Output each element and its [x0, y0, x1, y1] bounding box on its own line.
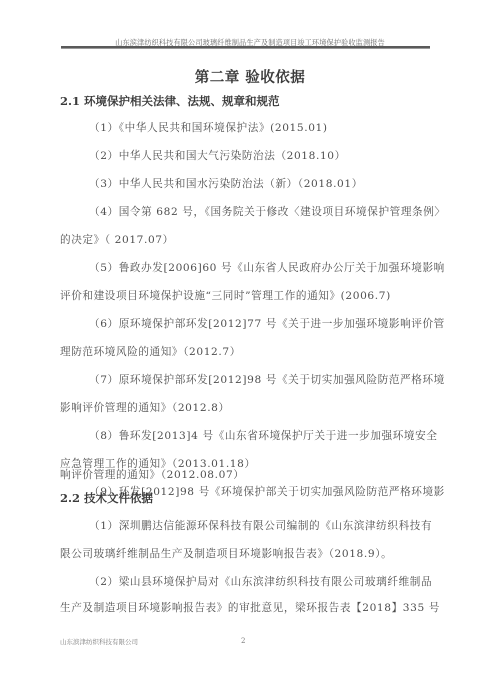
tech-doc-item-2-cont: 生产及制造项目环境影响报告表》的审批意见，梁环报告表【2018】335 号: [60, 600, 440, 615]
chapter-title: 第二章 验收依据: [0, 66, 500, 87]
law-item-6-cont: 理防范环境风险的通知》（2012.7）: [60, 344, 241, 359]
footer-company: 山东滨津纺织科技有限公司: [60, 637, 138, 646]
law-item-6: （6）原环境保护部环发[2012]77 号《关于进一步加强环境影响评价管: [89, 316, 445, 331]
tech-doc-item-2: （2）梁山县环境保护局对《山东滨津纺织科技有限公司玻璃纤维制品: [89, 574, 432, 589]
law-item-7-cont: 影响评价管理的通知》（2012.8）: [60, 400, 230, 415]
header-divider: [61, 46, 430, 49]
law-item-2: （2）中华人民共和国大气污染防治法（2018.10）: [89, 148, 346, 163]
law-item-4-cont: 的决定》（ 2017.07）: [60, 232, 174, 247]
law-item-9-cont: 响评价管理的通知》（2012.08.07）: [60, 467, 245, 482]
law-item-1: （1）《中华人民共和国环境保护法》(2015.01): [89, 120, 328, 135]
section-heading-2-2: 2.2 技术文件依据: [60, 490, 153, 506]
law-item-8: （8）鲁环发[2013]4 号《山东省环境保护厅关于进一步加强环境安全: [89, 428, 438, 443]
page-number: 2: [241, 637, 245, 645]
law-item-5: （5）鲁政办发[2006]60 号《山东省人民政府办公厅关于加强环境影响: [89, 260, 445, 275]
law-item-3: （3）中华人民共和国水污染防治法（新）（2018.01）: [89, 176, 363, 191]
tech-doc-item-1-cont: 限公司玻璃纤维制品生产及制造项目环境影响报告表》（2018.9）。: [60, 546, 392, 561]
law-item-7: （7）原环境保护部环发[2012]98 号《关于切实加强风险防范严格环境: [89, 372, 445, 387]
tech-doc-item-1: （1）深圳鹏达信能源环保科技有限公司编制的《山东滨津纺织科技有: [89, 518, 432, 533]
section-heading-2-1: 2.1 环境保护相关法律、法规、规章和规范: [60, 93, 280, 109]
law-item-5-cont: 评价和建设项目环境保护设施“三同时”管理工作的通知》(2006.7): [60, 288, 391, 303]
law-item-4: （4）国令第 682 号，《国务院关于修改〈建设项目环境保护管理条例〉: [89, 204, 446, 219]
